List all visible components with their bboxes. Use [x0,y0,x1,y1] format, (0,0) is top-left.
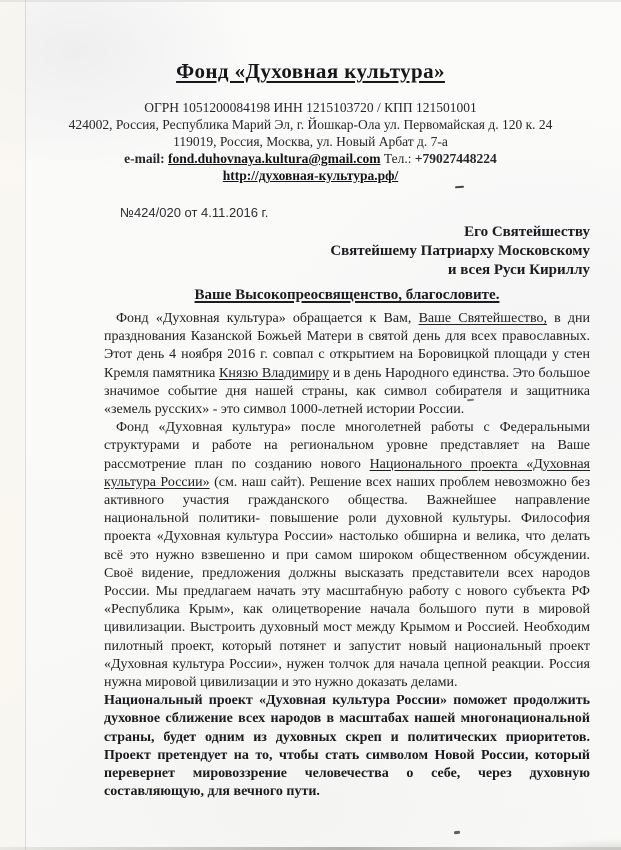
scan-artifact-dash [455,186,464,189]
page-title: Фонд «Духовная культура» [176,59,445,84]
salutation: Ваше Высокопреосвященство, благословите. [195,287,500,303]
phone-number: +79027448224 [415,151,497,166]
paragraph-1: Фонд «Духовная культура» обращается к Ва… [104,310,590,419]
paragraph-3: Национальный проект «Духовная культура Р… [104,692,590,801]
letter-body: Фонд «Духовная культура» обращается к Ва… [104,310,590,801]
phone-label: Тел.: [384,151,412,166]
scan-crease-line [25,0,26,850]
scan-left-edge [0,0,25,850]
scanned-letter-page: Фонд «Духовная культура» ОГРН 1051200084… [0,0,621,850]
org-address-line-2: 119019, Россия, Москва, ул. Новый Арбат … [0,133,621,150]
org-info-block: ОГРН 1051200084198 ИНН 1215103720 / КПП … [0,99,621,184]
recipient-block: Его Святейшеству Святейшему Патриарху Мо… [0,223,590,280]
letterhead: Фонд «Духовная культура» ОГРН 1051200084… [0,0,621,184]
paragraph-2: Фонд «Духовная культура» после многолетн… [104,419,590,692]
recipient-line: и всея Руси Кириллу [0,261,590,280]
website-link[interactable]: http://духовная-культура.рф/ [223,168,399,183]
org-contact-line: e-mail: fond.duhovnaya.kultura@gmail.com… [0,150,621,167]
reference-number: №424/020 от 4.11.2016 г. [120,205,621,220]
org-address-line-1: 424002, Россия, Республика Марий Эл, г. … [0,116,621,133]
org-website-line: http://духовная-культура.рф/ [0,167,621,184]
recipient-line: Святейшему Патриарху Московскому [0,242,590,261]
email-label: e-mail: [124,151,164,166]
org-registration-line: ОГРН 1051200084198 ИНН 1215103720 / КПП … [0,99,621,116]
scan-top-edge [0,0,621,2]
email-link[interactable]: fond.duhovnaya.kultura@gmail.com [168,151,380,166]
recipient-line: Его Святейшеству [0,223,590,242]
scan-artifact-dot [454,831,460,835]
